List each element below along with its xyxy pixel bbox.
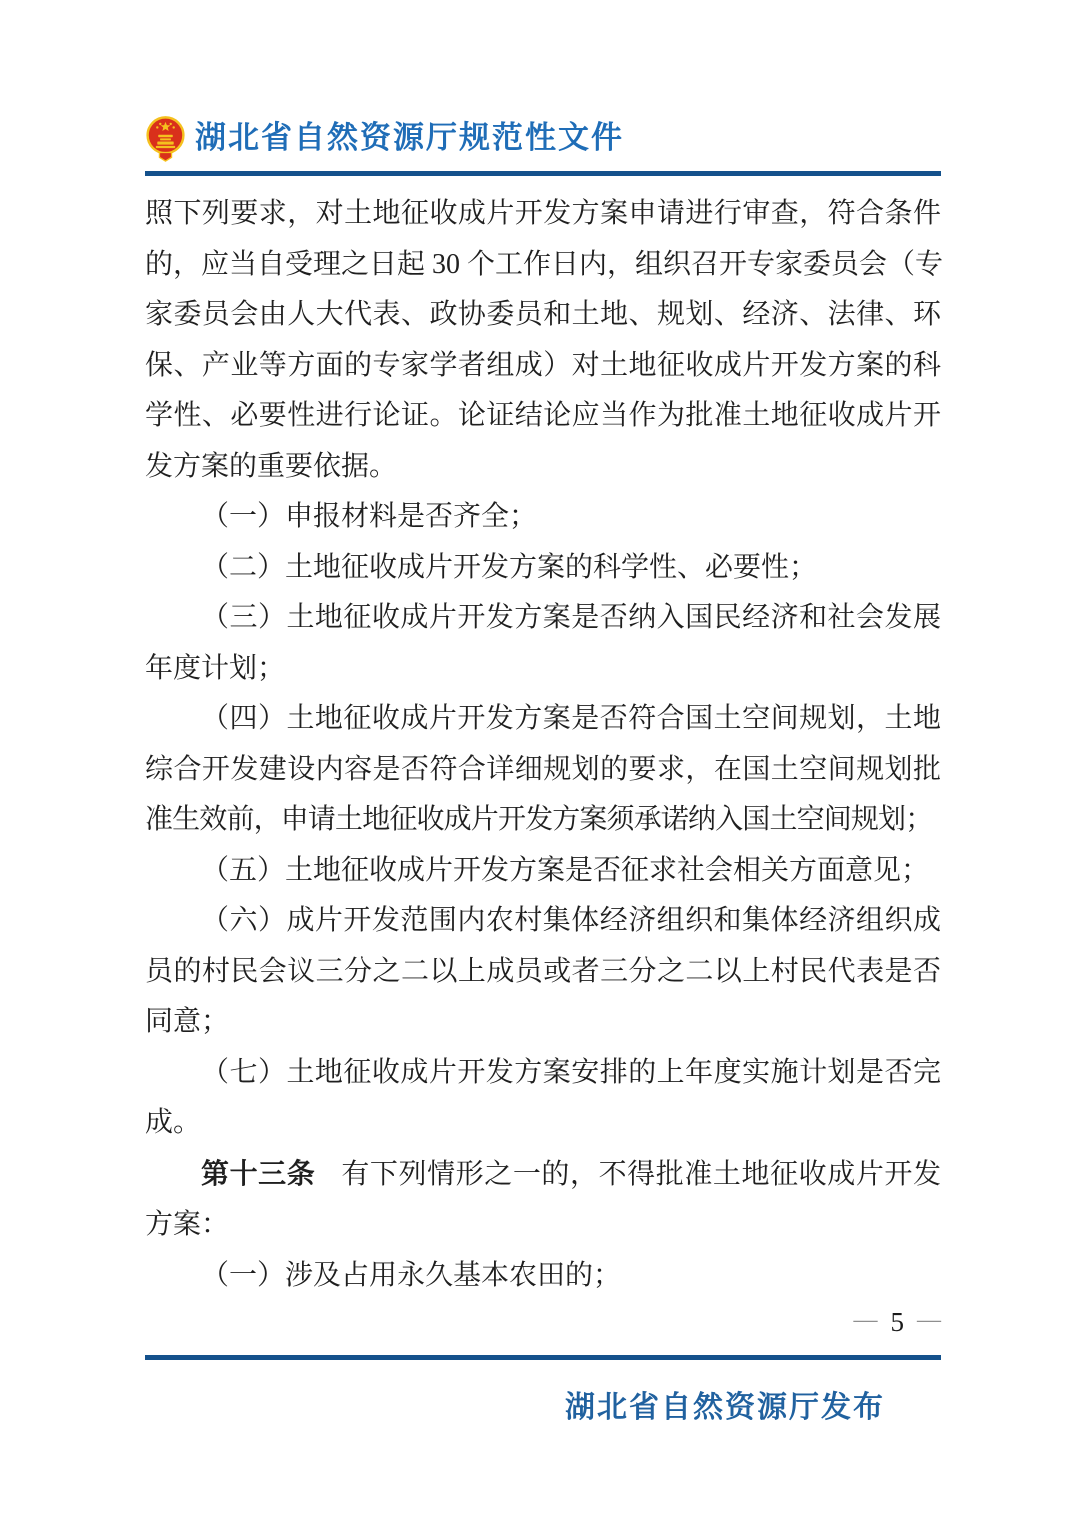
clause-item: （一）涉及占用永久基本农田的； <box>145 1251 941 1302</box>
paragraph-line: 方案： <box>145 1200 941 1251</box>
document-type-title: 湖北省自然资源厅规范性文件 <box>195 112 624 164</box>
national-emblem-icon <box>145 114 186 164</box>
paragraph-line: 同意； <box>145 997 941 1048</box>
header-rule <box>145 171 941 176</box>
paragraph-line: 年度计划； <box>145 644 941 695</box>
paragraph-line: 成。 <box>145 1098 941 1149</box>
article-paragraph: 第十三条有下列情形之一的，不得批准土地征收成片开发 <box>145 1149 941 1201</box>
clause-item: （二）土地征收成片开发方案的科学性、必要性； <box>145 543 941 594</box>
paragraph-line: 员的村民会议三分之二以上成员或者三分之二以上村民代表是否 <box>145 947 941 998</box>
page-number: — 5 — <box>145 1305 941 1339</box>
paragraph-line: 的，应当自受理之日起 30 个工作日内，组织召开专家委员会（专 <box>145 240 941 291</box>
paragraph-line: 家委员会由人大代表、政协委员和土地、规划、经济、法律、环 <box>145 290 941 341</box>
page-container: 湖北省自然资源厅规范性文件 照下列要求，对土地征收成片开发方案申请进行审查，符合… <box>0 0 1074 1520</box>
paragraph-line: 综合开发建设内容是否符合详细规划的要求，在国土空间规划批 <box>145 745 941 796</box>
clause-item: （四）土地征收成片开发方案是否符合国土空间规划，土地 <box>145 694 941 745</box>
paragraph-line: 保、产业等方面的专家学者组成）对土地征收成片开发方案的科 <box>145 341 941 392</box>
page-number-dash: — <box>917 1307 941 1334</box>
clause-item: （六）成片开发范围内农村集体经济组织和集体经济组织成 <box>145 896 941 947</box>
page-number-dash: — <box>854 1307 878 1334</box>
clause-item: （一）申报材料是否齐全； <box>145 492 941 543</box>
document-header: 湖北省自然资源厅规范性文件 <box>145 112 941 164</box>
clause-item: （五）土地征收成片开发方案是否征求社会相关方面意见； <box>145 846 941 897</box>
document-body: 照下列要求，对土地征收成片开发方案申请进行审查，符合条件 的，应当自受理之日起 … <box>145 189 941 1301</box>
paragraph-line: 学性、必要性进行论证。论证结论应当作为批准土地征收成片开 <box>145 391 941 442</box>
paragraph-line: 照下列要求，对土地征收成片开发方案申请进行审查，符合条件 <box>145 189 941 240</box>
paragraph-line: 发方案的重要依据。 <box>145 442 941 493</box>
publisher-line: 湖北省自然资源厅发布 <box>145 1382 941 1426</box>
paragraph-line: 准生效前，申请土地征收成片开发方案须承诺纳入国土空间规划； <box>145 795 941 846</box>
article-text: 有下列情形之一的，不得批准土地征收成片开发 <box>341 1159 941 1190</box>
clause-item: （三）土地征收成片开发方案是否纳入国民经济和社会发展 <box>145 593 941 644</box>
page-number-value: 5 <box>891 1307 905 1338</box>
footer-rule <box>145 1355 941 1360</box>
clause-item: （七）土地征收成片开发方案安排的上年度实施计划是否完 <box>145 1048 941 1099</box>
article-number: 第十三条 <box>201 1158 315 1189</box>
